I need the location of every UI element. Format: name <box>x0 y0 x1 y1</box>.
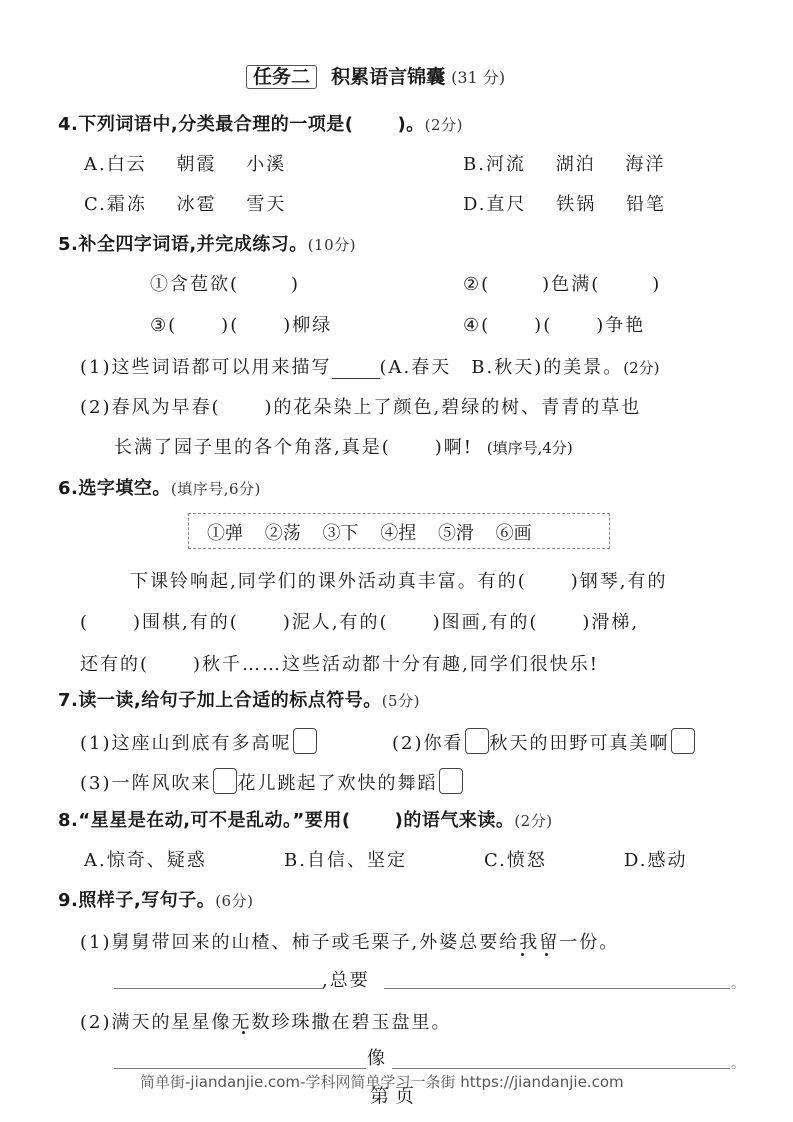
choice-item: ⑤滑 <box>438 523 474 544</box>
q4-option-c[interactable]: C.霜冻 冰雹 雪天 <box>84 190 286 216</box>
emphasis-dot <box>242 1031 245 1034</box>
punctuation-box[interactable] <box>293 728 317 754</box>
template-text: 像 <box>367 1048 387 1069</box>
q9-answer2-end: 。 <box>731 1053 745 1073</box>
option-word: 湖泊 <box>556 154 596 175</box>
punctuation-box[interactable] <box>213 768 237 794</box>
q5-points: (10分) <box>308 236 356 254</box>
para-text: )钢琴,有的 <box>571 571 668 592</box>
choice-item: ⑥画 <box>496 523 532 544</box>
q9-answer1-end: 。 <box>731 973 745 993</box>
q5-idiom-2: ②()色满() <box>463 270 661 296</box>
para-text: )围棋,有的( <box>133 612 239 633</box>
punctuation-box[interactable] <box>671 728 695 754</box>
sentence-text: 秋天的田野可真美啊 <box>490 733 670 754</box>
q9-points: (6分) <box>215 892 253 910</box>
q9-example-1: (1)舅舅带回来的山楂、柿子或毛栗子,外婆总要给我留一份。 <box>80 928 619 954</box>
page-number: 第 页 <box>370 1081 414 1108</box>
q8-option-d[interactable]: D.感动 <box>624 846 688 872</box>
q5-sub1-blank[interactable] <box>332 358 380 379</box>
q8-option-c[interactable]: C.愤怒 <box>484 846 547 872</box>
q4-stem-text: 4.下列词语中,分类最合理的一项是( <box>58 114 353 135</box>
emphasis-dot <box>545 953 548 956</box>
q4-option-a[interactable]: A.白云 朝霞 小溪 <box>84 150 286 176</box>
q9-answer2-mid: 像 <box>367 1044 387 1070</box>
section-title: 积累语言锦囊 <box>331 66 445 88</box>
q9-answer2-line-b[interactable] <box>392 1068 730 1069</box>
q5-stem: 5.补全四字词语,并完成练习。(10分) <box>58 230 356 256</box>
q7-points: (5分) <box>382 692 420 710</box>
section-points: (31 分) <box>451 68 505 87</box>
q4-option-d[interactable]: D.直尺 铁锅 铅笔 <box>463 190 666 216</box>
punctuation-box[interactable] <box>439 768 463 794</box>
para-text: )滑梯, <box>582 612 639 633</box>
q8-points: (2分) <box>514 812 552 830</box>
idiom-text: ( <box>481 315 490 336</box>
option-label: C.霜冻 <box>84 194 147 215</box>
option-word: 铁锅 <box>556 194 596 215</box>
option-word: 铅笔 <box>626 194 666 215</box>
idiom-text: ( <box>168 315 177 336</box>
idiom-num: ② <box>463 274 481 295</box>
q8-stem-text: 8.“星星是在动,可不是乱动。”要用( <box>58 810 351 831</box>
idiom-text: ) <box>291 274 300 295</box>
q8-option-b[interactable]: B.自信、坚定 <box>284 846 407 872</box>
q6-stem-text: 6.选字填空。 <box>58 478 171 499</box>
q6-choices: ①弹 ②荡 ③下 ④捏 ⑤滑 ⑥画 <box>207 519 532 545</box>
q7-stem: 7.读一读,给句子加上合适的标点符号。(5分) <box>58 686 420 712</box>
option-label: A.白云 <box>84 154 147 175</box>
option-label: B.河流 <box>463 154 526 175</box>
option-word: 冰雹 <box>177 194 217 215</box>
q6-para-line3: 还有的()秋千……这些活动都十分有趣,同学们很快乐! <box>80 650 599 676</box>
q6-para-line1: 下课铃响起,同学们的课外活动真丰富。有的()钢琴,有的 <box>130 567 668 593</box>
q6-para-line2: ()围棋,有的()泥人,有的()图画,有的()滑梯, <box>80 608 639 634</box>
choice-item: ②荡 <box>265 523 301 544</box>
idiom-text: )色满( <box>542 274 600 295</box>
option-label: D.感动 <box>624 850 688 871</box>
q5-sub1-points: (2分) <box>623 359 659 377</box>
q4-stem: 4.下列词语中,分类最合理的一项是()。(2分) <box>58 110 463 136</box>
q5-sub2-points: (填序号,4分) <box>487 439 573 457</box>
q8-stem-text: )的语气来读。 <box>395 810 515 831</box>
q7-sentence-3: (3)一阵风吹来花儿跳起了欢快的舞蹈 <box>80 768 464 795</box>
idiom-text: )( <box>221 315 239 336</box>
idiom-text: ( <box>481 274 490 295</box>
option-label: A.惊奇、疑惑 <box>84 850 207 871</box>
option-label: C.愤怒 <box>484 850 547 871</box>
q7-stem-text: 7.读一读,给句子加上合适的标点符号。 <box>58 690 382 711</box>
para-text: ( <box>80 612 89 633</box>
option-word: 雪天 <box>246 194 286 215</box>
q5-idiom-4: ④()()争艳 <box>463 311 645 337</box>
sentence-text: 花儿跳起了欢快的舞蹈 <box>238 773 438 794</box>
q5-sub2-text: )啊! <box>435 437 473 458</box>
para-text: )秋千……这些活动都十分有趣,同学们很快乐! <box>193 654 599 675</box>
q5-sub2-line1: (2)春风为早春()的花朵染上了颜色,碧绿的树、青青的草也 <box>80 393 641 419</box>
q6-points: (填序号,6分) <box>171 480 261 498</box>
q8-option-a[interactable]: A.惊奇、疑惑 <box>84 846 207 872</box>
option-word: 海洋 <box>625 154 665 175</box>
option-label: B.自信、坚定 <box>284 850 407 871</box>
sentence-text: (1)这座山到底有多高呢 <box>80 733 292 754</box>
page-number-text: 第 页 <box>370 1085 414 1107</box>
q9-answer1-line-a[interactable] <box>114 988 324 989</box>
q5-idiom-1: ①含苞欲() <box>150 270 300 296</box>
para-text: )泥人,有的( <box>283 612 389 633</box>
idiom-text: )争艳 <box>596 315 645 336</box>
para-text: 还有的( <box>80 654 149 675</box>
section-tag: 任务二 <box>246 65 317 89</box>
idiom-num: ④ <box>463 315 481 336</box>
q9-example-2: (2)满天的星星像无数珍珠撒在碧玉盘里。 <box>80 1008 452 1034</box>
sentence-text: (2)你看 <box>392 733 464 754</box>
q9-stem: 9.照样子,写句子。(6分) <box>58 886 253 912</box>
q5-sub1: (1)这些词语都可以用来描写(A.春天 B.秋天)的美景。(2分) <box>80 353 659 379</box>
idiom-num: ① <box>150 274 170 295</box>
q9-answer1-line-b[interactable] <box>384 988 730 989</box>
q9-stem-text: 9.照样子,写句子。 <box>58 890 215 911</box>
example-text: (1)舅舅带回来的山楂、柿子或毛栗子,外婆总要给我留一份。 <box>80 932 619 953</box>
q4-option-b[interactable]: B.河流 湖泊 海洋 <box>463 150 665 176</box>
choice-item: ①弹 <box>207 523 243 544</box>
option-label: D.直尺 <box>463 194 527 215</box>
period: 。 <box>731 1056 745 1072</box>
para-text: 下课铃响起,同学们的课外活动真丰富。有的( <box>130 571 527 592</box>
emphasis-dot <box>521 953 524 956</box>
q5-idiom-3: ③()()柳绿 <box>150 311 332 337</box>
example-text: (2)满天的星星像无数珍珠撒在碧玉盘里。 <box>80 1012 452 1033</box>
q6-stem: 6.选字填空。(填序号,6分) <box>58 474 261 500</box>
q5-sub2-text: )的花朵染上了颜色,碧绿的树、青青的草也 <box>265 397 642 418</box>
q5-stem-text: 5.补全四字词语,并完成练习。 <box>58 234 308 255</box>
idiom-text: ) <box>652 274 661 295</box>
para-text: )图画,有的( <box>433 612 539 633</box>
idiom-text: 含苞欲( <box>170 274 239 295</box>
q7-sentence-2: (2)你看秋天的田野可真美啊 <box>392 728 696 755</box>
q5-sub2-line2: 长满了园子里的各个角落,真是()啊! (填序号,4分) <box>114 433 573 459</box>
template-text: ,总要 <box>322 970 370 991</box>
q5-sub1-text: (1)这些词语都可以用来描写 <box>80 357 332 378</box>
q8-stem: 8.“星星是在动,可不是乱动。”要用()的语气来读。(2分) <box>58 806 553 832</box>
q9-answer2-line-a[interactable] <box>114 1068 366 1069</box>
period: 。 <box>731 976 745 992</box>
idiom-num: ③ <box>150 315 168 336</box>
q4-stem-end: )。 <box>397 114 424 135</box>
q4-points: (2分) <box>425 116 463 134</box>
q5-sub2-text: 长满了园子里的各个角落,真是( <box>114 437 391 458</box>
q5-sub1-options: (A.春天 B.秋天)的美景。 <box>380 357 624 378</box>
q9-answer1-mid: ,总要 <box>322 966 370 992</box>
punctuation-box[interactable] <box>465 728 489 754</box>
idiom-text: )柳绿 <box>283 315 332 336</box>
sentence-text: (3)一阵风吹来 <box>80 773 212 794</box>
option-word: 朝霞 <box>176 154 216 175</box>
idiom-text: )( <box>534 315 552 336</box>
option-word: 小溪 <box>246 154 286 175</box>
section-header: 任务二 积累语言锦囊 (31 分) <box>246 62 505 89</box>
choice-item: ③下 <box>322 523 358 544</box>
q7-sentence-1: (1)这座山到底有多高呢 <box>80 728 318 755</box>
q5-sub2-text: (2)春风为早春( <box>80 397 221 418</box>
choice-item: ④捏 <box>380 523 416 544</box>
